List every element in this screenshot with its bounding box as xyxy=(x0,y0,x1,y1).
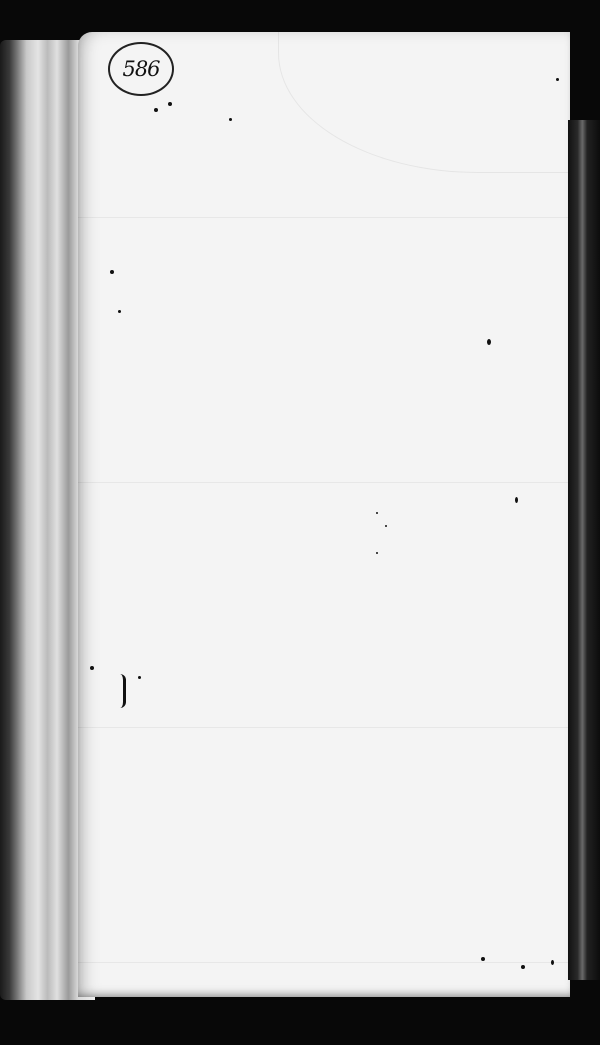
binding-spine xyxy=(568,120,600,980)
ink-speck xyxy=(521,965,525,969)
ink-speck xyxy=(515,497,518,503)
scan-background: 586 xyxy=(0,0,600,1045)
ink-speck xyxy=(385,525,387,527)
ink-speck xyxy=(138,676,141,679)
document-page xyxy=(78,32,570,997)
faint-rule-line xyxy=(78,727,570,728)
ink-speck xyxy=(376,512,378,514)
ink-speck xyxy=(118,310,121,313)
ink-speck xyxy=(229,118,232,121)
ink-speck xyxy=(168,102,172,106)
faint-rule-line xyxy=(78,217,570,218)
ink-speck xyxy=(154,108,158,112)
ink-speck xyxy=(551,960,554,965)
folio-number: 586 xyxy=(108,42,174,96)
ink-speck xyxy=(110,270,114,274)
faint-rule-line xyxy=(78,482,570,483)
ink-speck xyxy=(556,78,559,81)
handwritten-mark xyxy=(119,674,126,708)
folio-number-text: 586 xyxy=(122,57,159,81)
ink-speck xyxy=(376,552,378,554)
ink-speck xyxy=(481,957,485,961)
ink-speck xyxy=(487,339,491,345)
ink-speck xyxy=(90,666,94,670)
faint-rule-line xyxy=(78,962,570,963)
